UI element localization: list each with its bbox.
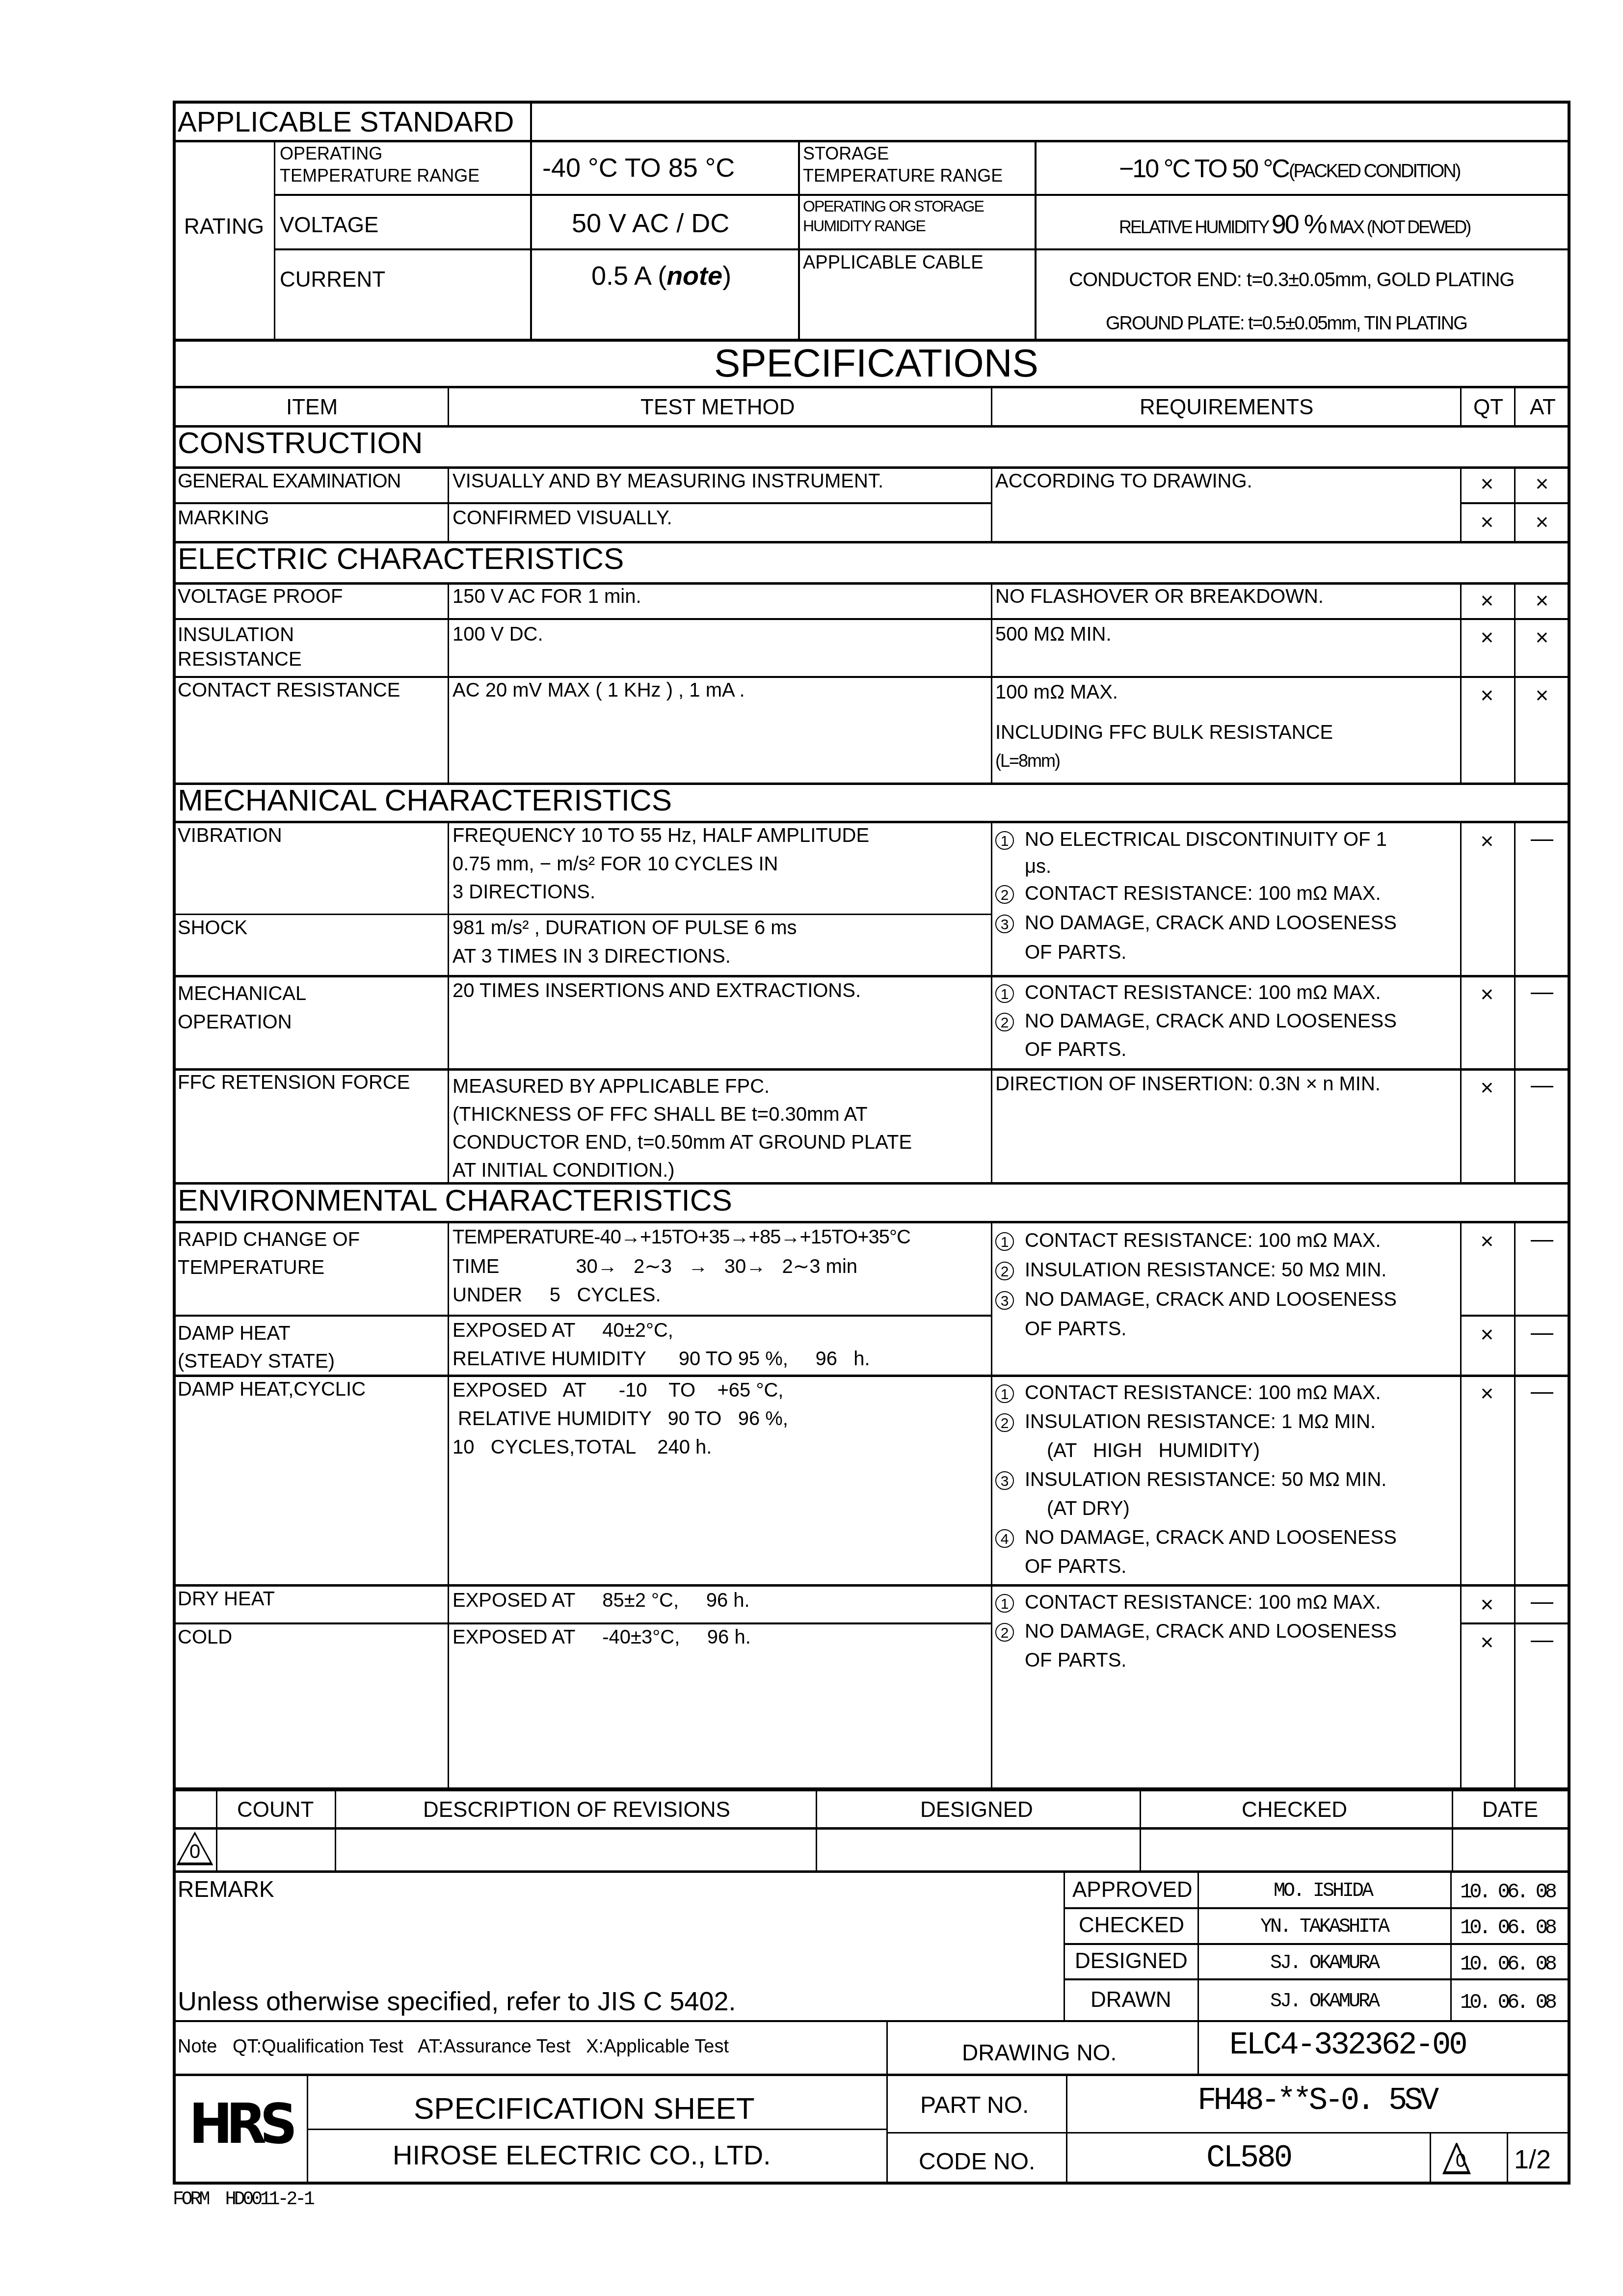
approval-date: 10. 06. 08 <box>1460 1882 1554 1902</box>
row-shock-item: SHOCK <box>178 918 247 938</box>
revision-column-checked: CHECKED <box>1242 1799 1347 1821</box>
row-marking-method: CONFIRMED VISUALLY. <box>452 508 672 528</box>
row-ffc-retension-requirement: DIRECTION OF INSERTION: 0.3N × n MIN. <box>995 1074 1381 1094</box>
humidity-value: RELATIVE HUMIDITY 90 % MAX (NOT DEWED) <box>1119 211 1470 238</box>
revision-column-date: DATE <box>1482 1799 1538 1821</box>
at-mark: × <box>1527 472 1557 495</box>
approval-name: SJ. OKAMURA <box>1270 1954 1378 1973</box>
damp-heat-cyclic-requirements: 1CONTACT RESISTANCE: 100 mΩ MAX. 2INSULA… <box>995 1378 1397 1581</box>
storage-temp-note: (PACKED CONDITION) <box>1289 161 1460 182</box>
qt-mark: × <box>1472 1230 1502 1252</box>
approval-role: DESIGNED <box>1075 1950 1188 1972</box>
current-value: 0.5 A (note) <box>591 263 731 289</box>
voltage-label: VOLTAGE <box>280 215 378 236</box>
at-mark: — <box>1527 1321 1557 1343</box>
cable-conductor-end: CONDUCTOR END: t=0.3±0.05mm, GOLD PLATIN… <box>1069 270 1514 290</box>
approval-role: CHECKED <box>1079 1915 1184 1936</box>
qt-mark: × <box>1472 511 1502 533</box>
row-ffc-retension-item: FFC RETENSION FORCE <box>178 1073 410 1092</box>
at-mark: — <box>1527 1628 1557 1650</box>
approval-date: 10. 06. 08 <box>1460 1918 1554 1938</box>
row-rapid-change-method-line3: UNDER 5 CYCLES. <box>452 1285 661 1305</box>
at-mark: × <box>1527 684 1557 706</box>
revision-triangle-icon: 0 <box>176 1831 214 1866</box>
mechanical-operation-requirements: 1CONTACT RESISTANCE: 100 mΩ MAX. 2NO DAM… <box>995 978 1397 1064</box>
at-mark: — <box>1527 1073 1557 1096</box>
at-mark: × <box>1527 626 1557 648</box>
at-mark: — <box>1527 827 1557 849</box>
revision-column-count: COUNT <box>237 1799 314 1821</box>
title-revision-mark: 0 <box>1456 2152 1466 2170</box>
form-id: FORM HD0011-2-1 <box>173 2190 313 2209</box>
row-damp-heat-steady-method-line1: EXPOSED AT 40±2°C, <box>452 1321 673 1340</box>
qt-mark: × <box>1472 589 1502 612</box>
row-vibration-method-line3: 3 DIRECTIONS. <box>452 882 595 902</box>
qt-mark: × <box>1472 1631 1502 1653</box>
row-damp-heat-cyclic-method-line3: 10 CYCLES,TOTAL 240 h. <box>452 1437 712 1457</box>
section-environmental: ENVIRONMENTAL CHARACTERISTICS <box>178 1186 732 1216</box>
revision-mark: 0 <box>189 1842 200 1862</box>
row-contact-item: CONTACT RESISTANCE <box>178 680 400 700</box>
row-insulation-item: INSULATION RESISTANCE <box>178 622 302 672</box>
at-mark: — <box>1527 1590 1557 1612</box>
drawing-no: ELC4-332362-00 <box>1229 2030 1466 2061</box>
row-general-examination-method: VISUALLY AND BY MEASURING INSTRUMENT. <box>452 471 883 491</box>
applicable-cable-label: APPLICABLE CABLE <box>803 253 984 272</box>
row-general-examination-item: GENERAL EXAMINATION <box>178 471 400 491</box>
dry-cold-requirements: 1CONTACT RESISTANCE: 100 mΩ MAX. 2NO DAM… <box>995 1588 1397 1675</box>
qt-mark: × <box>1472 1593 1502 1616</box>
rating-label: RATING <box>184 216 264 238</box>
revision-column-designed: DESIGNED <box>920 1799 1033 1821</box>
row-contact-requirement: 100 mΩ MAX. <box>995 682 1118 702</box>
revision-triangle-icon: 0 <box>1442 2143 1471 2175</box>
construction-requirement: ACCORDING TO DRAWING. <box>995 471 1252 491</box>
qt-mark: × <box>1472 684 1502 706</box>
row-shock-method-line2: AT 3 TIMES IN 3 DIRECTIONS. <box>452 946 731 966</box>
remark-label: REMARK <box>178 1878 274 1900</box>
approval-date: 10. 06. 08 <box>1460 1954 1554 1974</box>
humidity-range-label: OPERATING OR STORAGE HUMIDITY RANGE <box>803 196 984 236</box>
page-number: 1/2 <box>1514 2146 1551 2173</box>
voltage-value: 50 V AC / DC <box>572 210 729 237</box>
row-marking-item: MARKING <box>178 508 269 528</box>
code-no: CL580 <box>1206 2143 1291 2174</box>
drawing-no-label: DRAWING NO. <box>962 2041 1117 2064</box>
current-label: CURRENT <box>280 269 385 291</box>
approval-name: SJ. OKAMURA <box>1270 1992 1378 2012</box>
row-vibration-method-line2: 0.75 mm, − m/s² FOR 10 CYCLES IN <box>452 854 778 874</box>
column-item: ITEM <box>286 397 338 418</box>
row-cold-item: COLD <box>178 1627 232 1647</box>
revision-column-description: DESCRIPTION OF REVISIONS <box>423 1799 730 1821</box>
row-shock-method-line1: 981 m/s² , DURATION OF PULSE 6 ms <box>452 918 797 938</box>
storage-temp-range: −10 °C TO 50 °C <box>1119 155 1289 183</box>
approval-name: MO. ISHIDA <box>1274 1882 1372 1901</box>
qt-mark: × <box>1472 626 1502 648</box>
row-dry-heat-item: DRY HEAT <box>178 1589 275 1609</box>
row-damp-heat-cyclic-method-line2: RELATIVE HUMIDITY 90 TO 96 %, <box>452 1409 788 1429</box>
operating-temp-label: OPERATING TEMPERATURE RANGE <box>280 142 479 187</box>
row-vibration-method-line1: FREQUENCY 10 TO 55 Hz, HALF AMPLITUDE <box>452 826 869 845</box>
row-contact-method: AC 20 mV MAX ( 1 KHz ) , 1 mA . <box>452 680 745 700</box>
hrs-logo: HRS <box>189 2092 291 2156</box>
row-rapid-change-method-line2: TIME 30→ 2∼3 → 30→ 2∼3 min <box>452 1257 857 1276</box>
column-test-method: TEST METHOD <box>640 397 795 418</box>
at-mark: × <box>1527 589 1557 612</box>
at-mark: — <box>1527 980 1557 1002</box>
storage-temp-value: −10 °C TO 50 °C(PACKED CONDITION) <box>1119 156 1460 182</box>
row-damp-heat-steady-method-line2: RELATIVE HUMIDITY 90 TO 95 %, 96 h. <box>452 1349 870 1369</box>
rapid-damp-requirements: 1CONTACT RESISTANCE: 100 mΩ MAX. 2INSULA… <box>995 1226 1397 1344</box>
row-voltage-proof-item: VOLTAGE PROOF <box>178 587 343 606</box>
row-contact-requirement-length: (L=8mm) <box>995 752 1060 770</box>
section-construction: CONSTRUCTION <box>178 428 423 459</box>
approval-role: DRAWN <box>1091 1989 1171 2011</box>
row-vibration-item: VIBRATION <box>178 826 282 845</box>
qt-mark: × <box>1472 1076 1502 1099</box>
qt-mark: × <box>1472 830 1502 852</box>
column-qt: QT <box>1473 397 1503 418</box>
test-legend-note: Note QT:Qualification Test AT:Assurance … <box>178 2037 729 2056</box>
row-mechanical-operation-item: MECHANICAL OPERATION <box>178 979 306 1036</box>
row-mechanical-operation-method: 20 TIMES INSERTIONS AND EXTRACTIONS. <box>452 981 861 1000</box>
row-dry-heat-method: EXPOSED AT 85±2 °C, 96 h. <box>452 1591 750 1610</box>
code-no-label: CODE NO. <box>919 2150 1035 2174</box>
applicable-standard-label: APPLICABLE STANDARD <box>178 108 514 136</box>
row-rapid-change-method-line1: TEMPERATURE-40→+15TO+35→+85→+15TO+35°C <box>452 1227 910 1247</box>
at-mark: × <box>1527 511 1557 533</box>
at-mark: — <box>1527 1227 1557 1250</box>
qt-mark: × <box>1472 1382 1502 1405</box>
row-contact-requirement-note: INCLUDING FFC BULK RESISTANCE <box>995 723 1333 742</box>
sheet-title: SPECIFICATION SHEET <box>414 2094 755 2124</box>
operating-temp-value: -40 °C TO 85 °C <box>542 155 735 181</box>
remark-text: Unless otherwise specified, refer to JIS… <box>178 1988 736 2015</box>
row-insulation-method: 100 V DC. <box>452 624 543 644</box>
vibration-shock-requirements: 1NO ELECTRICAL DISCONTINUITY OF 1 μs. 2C… <box>995 825 1397 967</box>
row-voltage-proof-requirement: NO FLASHOVER OR BREAKDOWN. <box>995 587 1324 606</box>
row-ffc-retension-method: MEASURED BY APPLICABLE FPC. (THICKNESS O… <box>452 1073 912 1185</box>
approval-date: 10. 06. 08 <box>1460 1992 1554 2013</box>
row-cold-method: EXPOSED AT -40±3°C, 96 h. <box>452 1627 751 1647</box>
row-damp-heat-steady-item: DAMP HEAT (STEADY STATE) <box>178 1320 335 1376</box>
row-voltage-proof-method: 150 V AC FOR 1 min. <box>452 587 641 606</box>
row-damp-heat-cyclic-method-line1: EXPOSED AT -10 TO +65 °C, <box>452 1380 783 1400</box>
company-name: HIROSE ELECTRIC CO., LTD. <box>393 2141 771 2169</box>
cable-ground-plate: GROUND PLATE: t=0.5±0.05mm, TIN PLATING <box>1106 314 1467 333</box>
column-requirements: REQUIREMENTS <box>1140 397 1313 418</box>
storage-temp-label: STORAGE TEMPERATURE RANGE <box>803 142 1003 187</box>
section-electric: ELECTRIC CHARACTERISTICS <box>178 544 624 574</box>
row-insulation-requirement: 500 MΩ MIN. <box>995 624 1112 644</box>
part-no: FH48-**S-0. 5SV <box>1197 2085 1436 2117</box>
row-damp-heat-cyclic-item: DAMP HEAT,CYCLIC <box>178 1379 366 1399</box>
specifications-title: SPECIFICATIONS <box>714 344 1038 383</box>
qt-mark: × <box>1472 1323 1502 1346</box>
approval-role: APPROVED <box>1072 1879 1193 1901</box>
qt-mark: × <box>1472 472 1502 495</box>
approval-name: YN. TAKASHITA <box>1260 1918 1388 1937</box>
row-rapid-change-item: RAPID CHANGE OF TEMPERATURE <box>178 1226 360 1282</box>
part-no-label: PART NO. <box>920 2094 1029 2117</box>
at-mark: — <box>1527 1379 1557 1402</box>
section-mechanical: MECHANICAL CHARACTERISTICS <box>178 785 672 816</box>
column-at: AT <box>1530 397 1556 418</box>
qt-mark: × <box>1472 983 1502 1005</box>
